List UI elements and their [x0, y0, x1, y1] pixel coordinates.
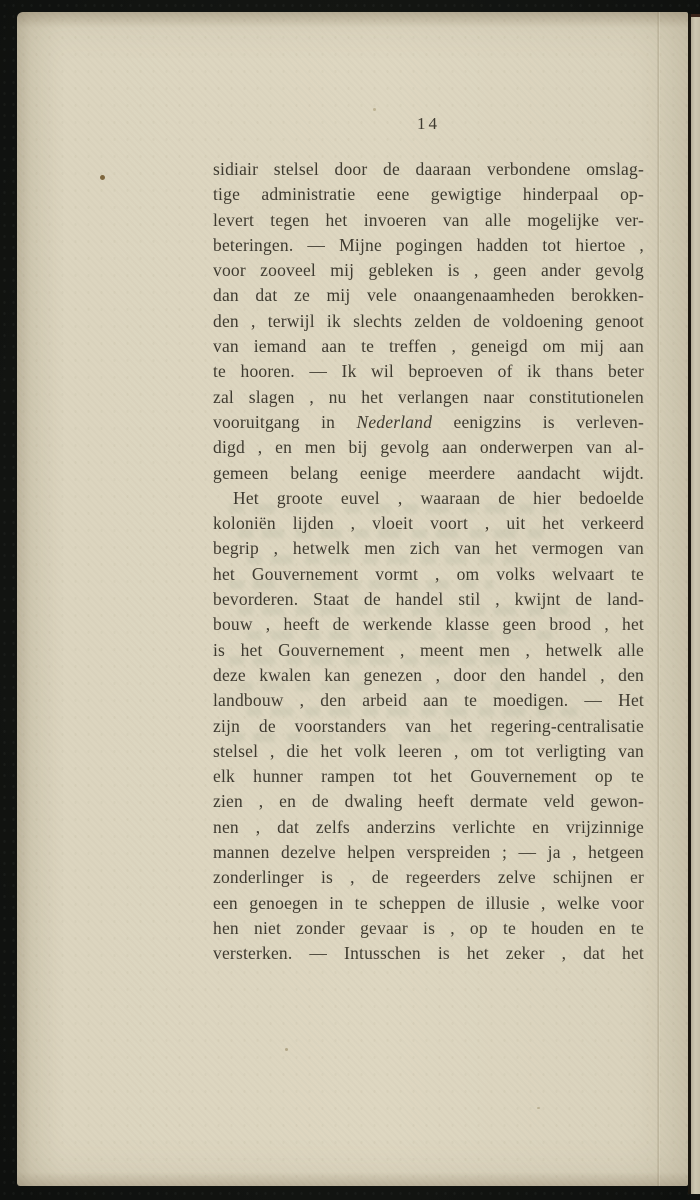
- text-block: sidiair stelsel door de daaraan verbonde…: [213, 157, 644, 967]
- text-line: zijn de voorstanders van het regering-ce…: [213, 714, 644, 739]
- underlying-page-edge: [691, 14, 700, 1194]
- page-number: 14: [213, 114, 644, 134]
- paper-speck: [537, 1107, 540, 1109]
- text-line: mannen dezelve helpen verspreiden ; — ja…: [213, 840, 644, 865]
- text-line: koloniën lijden , vloeit voort , uit het…: [213, 511, 644, 536]
- paper-crease: [657, 12, 660, 1186]
- text-line: begrip , hetwelk men zich van het vermog…: [213, 536, 644, 561]
- text-line: nen , dat zelfs anderzins verlichte en v…: [213, 815, 644, 840]
- paragraph: Het groote euvel , waaraan de hier bedoe…: [213, 486, 644, 967]
- text-line: sidiair stelsel door de daaraan verbonde…: [213, 157, 644, 182]
- text-line: deze kwalen kan genezen , door den hande…: [213, 663, 644, 688]
- text-line: versterken. — Intusschen is het zeker , …: [213, 941, 644, 966]
- text-line: hen niet zonder gevaar is , op te houden…: [213, 916, 644, 941]
- text-line: digd , en men bij gevolg aan onderwerpen…: [213, 435, 644, 460]
- text-line: een genoegen in te scheppen de illusie ,…: [213, 891, 644, 916]
- scanner-background: 14 sidiair stelsel door de daaraan verbo…: [0, 0, 700, 1200]
- text-line: bouw , heeft de werkende klasse geen bro…: [213, 612, 644, 637]
- text-line: gemeen belang eenige meerdere aandacht w…: [213, 461, 644, 486]
- text-line: is het Gouvernement , meent men , hetwel…: [213, 638, 644, 663]
- paper-speck: [100, 175, 105, 180]
- text-line: bevorderen. Staat de handel stil , kwijn…: [213, 587, 644, 612]
- text-line: landbouw , den arbeid aan te moedigen. —…: [213, 688, 644, 713]
- text-line: vooruitgang in Nederland eenigzins is ve…: [213, 410, 644, 435]
- paper-speck: [285, 1048, 288, 1051]
- text-line: zonderlinger is , de regeerders zelve sc…: [213, 865, 644, 890]
- paragraph: sidiair stelsel door de daaraan verbonde…: [213, 157, 644, 486]
- text-line: zien , en de dwaling heeft dermate veld …: [213, 789, 644, 814]
- text-line: tige administratie eene gewigtige hinder…: [213, 182, 644, 207]
- paper-speck: [373, 108, 376, 111]
- text-line: het Gouvernement vormt , om volks welvaa…: [213, 562, 644, 587]
- text-line: van iemand aan te treffen , geneigd om m…: [213, 334, 644, 359]
- text-line: Het groote euvel , waaraan de hier bedoe…: [213, 486, 644, 511]
- text-line: elk hunner rampen tot het Gouvernement o…: [213, 764, 644, 789]
- text-line: levert tegen het invoeren van alle mogel…: [213, 208, 644, 233]
- text-line: zal slagen , nu het verlangen naar const…: [213, 385, 644, 410]
- text-line: voor zooveel mij gebleken is , geen ande…: [213, 258, 644, 283]
- text-line: den , terwijl ik slechts zelden de voldo…: [213, 309, 644, 334]
- text-line: beteringen. — Mijne pogingen hadden tot …: [213, 233, 644, 258]
- scanned-book-screenshot: { "colors": { "background": "#131512", "…: [0, 0, 700, 1200]
- text-line: te hooren. — Ik wil beproeven of ik than…: [213, 359, 644, 384]
- text-line: stelsel , die het volk leeren , om tot v…: [213, 739, 644, 764]
- text-line: dan dat ze mij vele onaangenaamheden ber…: [213, 283, 644, 308]
- book-page: 14 sidiair stelsel door de daaraan verbo…: [17, 12, 688, 1186]
